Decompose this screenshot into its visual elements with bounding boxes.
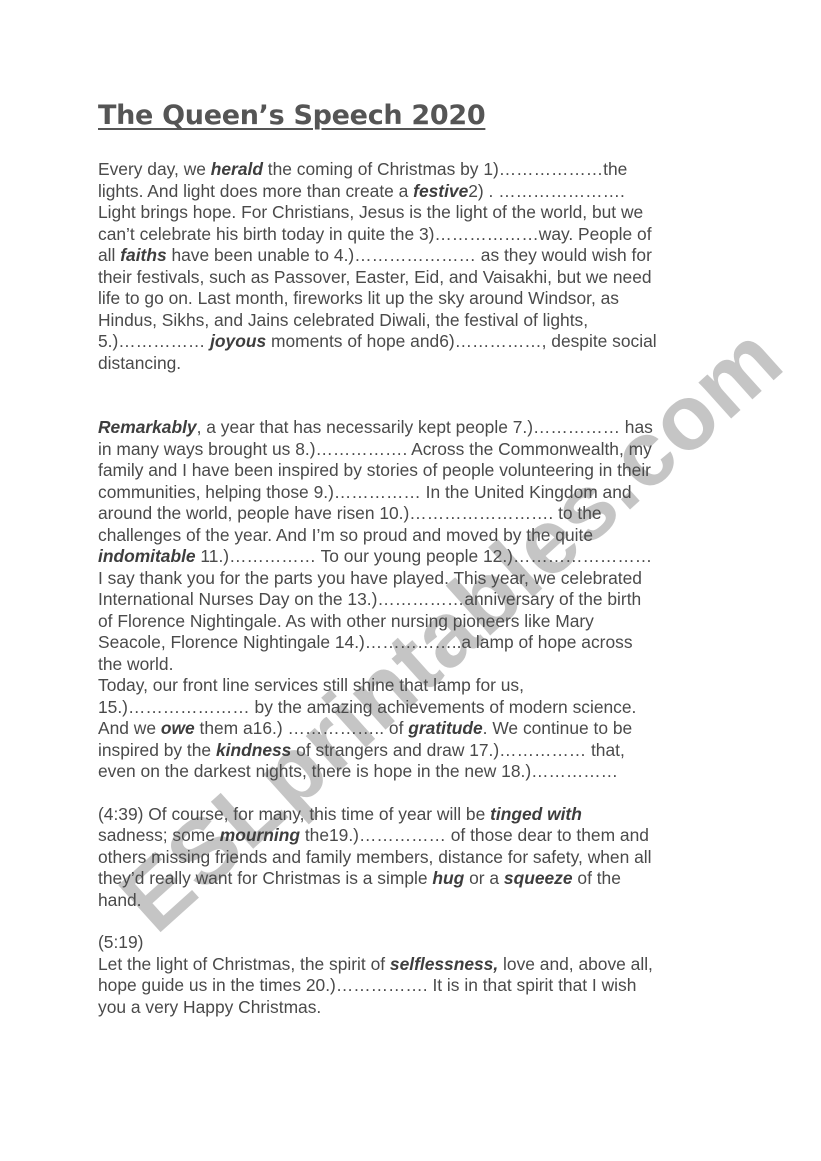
- keyword: squeeze: [504, 868, 573, 888]
- text-run: sadness; some: [98, 825, 220, 845]
- text-run: 11.)…………… To our young people 12.)…………………: [196, 546, 653, 566]
- text-line: life to go on. Last month, fireworks lit…: [98, 288, 738, 310]
- keyword: owe: [161, 718, 195, 738]
- text-run: moments of hope and6)……………, despite soci…: [266, 331, 657, 351]
- text-line: hope guide us in the times 20.)……………. It…: [98, 975, 738, 997]
- text-run: And we: [98, 718, 161, 738]
- text-run: or a: [464, 868, 504, 888]
- text-line: all faiths have been unable to 4.)…………………: [98, 245, 738, 267]
- text-line: I say thank you for the parts you have p…: [98, 568, 738, 590]
- paragraph-4: (5:19)Let the light of Christmas, the sp…: [98, 932, 738, 1018]
- text-line: you a very Happy Christmas.: [98, 997, 738, 1019]
- text-run: around the world, people have risen 10.)…: [98, 503, 602, 523]
- text-run: of strangers and draw 17.)…………… that,: [291, 740, 624, 760]
- text-line: hand.: [98, 890, 738, 912]
- text-line: sadness; some mourning the19.)…………… of t…: [98, 825, 738, 847]
- keyword: selflessness,: [390, 954, 498, 974]
- text-line: family and I have been inspired by stori…: [98, 460, 738, 482]
- text-run: Let the light of Christmas, the spirit o…: [98, 954, 390, 974]
- text-run: have been unable to 4.)………………… as they w…: [167, 245, 652, 265]
- text-line: Let the light of Christmas, the spirit o…: [98, 954, 738, 976]
- text-run: I say thank you for the parts you have p…: [98, 568, 642, 588]
- page-title: The Queen’s Speech 2020: [98, 100, 738, 131]
- paragraph-3: (4:39) Of course, for many, this time of…: [98, 804, 738, 912]
- text-run: you a very Happy Christmas.: [98, 997, 321, 1017]
- text-line: in many ways brought us 8.)……………. Across…: [98, 439, 738, 461]
- text-line: of Florence Nightingale. As with other n…: [98, 611, 738, 633]
- text-run: Every day, we: [98, 159, 211, 179]
- text-run: Light brings hope. For Christians, Jesus…: [98, 202, 643, 222]
- text-line: 15.)………………… by the amazing achievements …: [98, 697, 738, 719]
- text-run: they’d really want for Christmas is a si…: [98, 868, 432, 888]
- text-run: , a year that has necessarily kept peopl…: [197, 417, 653, 437]
- text-run: lights. And light does more than create …: [98, 181, 413, 201]
- text-line: Hindus, Sikhs, and Jains celebrated Diwa…: [98, 310, 738, 332]
- keyword: Remarkably: [98, 417, 197, 437]
- paragraph-2: Remarkably, a year that has necessarily …: [98, 417, 738, 783]
- text-run: International Nurses Day on the 13.)……………: [98, 589, 641, 609]
- text-line: can’t celebrate his birth today in quite…: [98, 224, 738, 246]
- keyword: mourning: [220, 825, 300, 845]
- text-run: . We continue to be: [483, 718, 633, 738]
- paragraph-1: Every day, we herald the coming of Chris…: [98, 159, 738, 374]
- text-run: the19.)…………… of those dear to them and: [300, 825, 649, 845]
- text-run: of Florence Nightingale. As with other n…: [98, 611, 594, 631]
- text-line: communities, helping those 9.)…………… In t…: [98, 482, 738, 504]
- text-run: 15.)………………… by the amazing achievements …: [98, 697, 636, 717]
- text-run: 2) . ………………….: [468, 181, 625, 201]
- keyword: faiths: [120, 245, 166, 265]
- text-run: communities, helping those 9.)…………… In t…: [98, 482, 632, 502]
- text-run: them a16.) …………….. of: [195, 718, 409, 738]
- text-run: challenges of the year. And I’m so proud…: [98, 525, 593, 545]
- text-run: (4:39) Of course, for many, this time of…: [98, 804, 490, 824]
- text-line: challenges of the year. And I’m so proud…: [98, 525, 738, 547]
- text-run: inspired by the: [98, 740, 216, 760]
- keyword: joyous: [210, 331, 266, 351]
- text-run: others missing friends and family member…: [98, 847, 652, 867]
- text-line: 5.)…………… joyous moments of hope and6)…………: [98, 331, 738, 353]
- keyword: kindness: [216, 740, 291, 760]
- text-line: (4:39) Of course, for many, this time of…: [98, 804, 738, 826]
- keyword: festive: [413, 181, 468, 201]
- text-line: International Nurses Day on the 13.)……………: [98, 589, 738, 611]
- text-line: distancing.: [98, 353, 738, 375]
- text-run: (5:19): [98, 932, 143, 952]
- text-run: love and, above all,: [498, 954, 653, 974]
- text-line: their festivals, such as Passover, Easte…: [98, 267, 738, 289]
- keyword: indomitable: [98, 546, 196, 566]
- text-line: lights. And light does more than create …: [98, 181, 738, 203]
- text-run: Today, our front line services still shi…: [98, 675, 524, 695]
- keyword: gratitude: [408, 718, 482, 738]
- text-run: in many ways brought us 8.)……………. Across…: [98, 439, 652, 459]
- text-line: indomitable 11.)…………… To our young peopl…: [98, 546, 738, 568]
- text-run: can’t celebrate his birth today in quite…: [98, 224, 652, 244]
- text-line: (5:19): [98, 932, 738, 954]
- text-run: of the: [573, 868, 621, 888]
- keyword: hug: [432, 868, 464, 888]
- text-run: the coming of Christmas by 1)………………the: [263, 159, 627, 179]
- text-line: around the world, people have risen 10.)…: [98, 503, 738, 525]
- text-run: all: [98, 245, 120, 265]
- text-line: Seacole, Florence Nightingale 14.)…………….…: [98, 632, 738, 654]
- text-run: Hindus, Sikhs, and Jains celebrated Diwa…: [98, 310, 588, 330]
- text-run: family and I have been inspired by stori…: [98, 460, 651, 480]
- text-line: they’d really want for Christmas is a si…: [98, 868, 738, 890]
- text-run: Seacole, Florence Nightingale 14.)…………….…: [98, 632, 633, 652]
- text-line: inspired by the kindness of strangers an…: [98, 740, 738, 762]
- text-run: 5.)……………: [98, 331, 210, 351]
- text-run: hand.: [98, 890, 142, 910]
- text-line: others missing friends and family member…: [98, 847, 738, 869]
- text-run: even on the darkest nights, there is hop…: [98, 761, 618, 781]
- keyword: tinged with: [490, 804, 582, 824]
- text-run: distancing.: [98, 353, 181, 373]
- text-line: Every day, we herald the coming of Chris…: [98, 159, 738, 181]
- text-line: Light brings hope. For Christians, Jesus…: [98, 202, 738, 224]
- text-line: And we owe them a16.) …………….. of gratitu…: [98, 718, 738, 740]
- text-line: Remarkably, a year that has necessarily …: [98, 417, 738, 439]
- text-line: the world.: [98, 654, 738, 676]
- text-run: life to go on. Last month, fireworks lit…: [98, 288, 619, 308]
- text-run: the world.: [98, 654, 173, 674]
- text-run: their festivals, such as Passover, Easte…: [98, 267, 652, 287]
- text-line: Today, our front line services still shi…: [98, 675, 738, 697]
- keyword: herald: [211, 159, 263, 179]
- text-line: even on the darkest nights, there is hop…: [98, 761, 738, 783]
- text-run: hope guide us in the times 20.)……………. It…: [98, 975, 636, 995]
- worksheet-page: The Queen’s Speech 2020 Every day, we he…: [98, 100, 738, 1018]
